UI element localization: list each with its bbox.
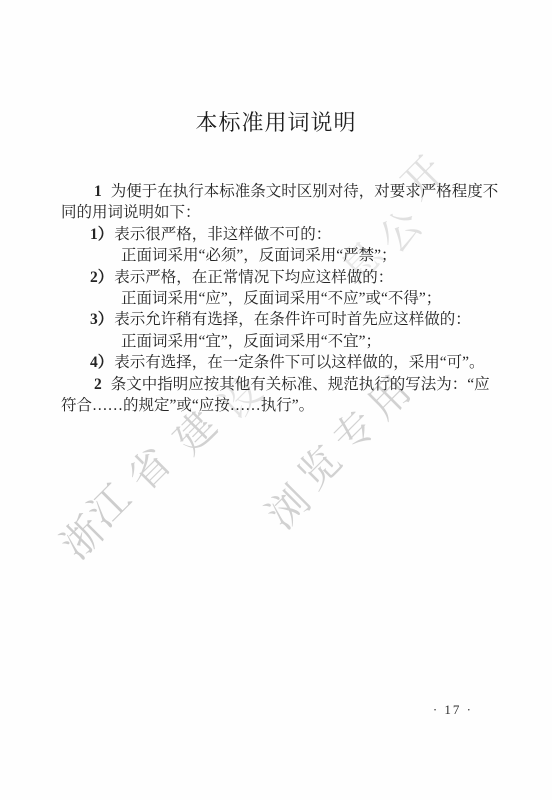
line-text: 表示有选择，在一定条件下可以这样做的，采用“可”。 [114, 354, 484, 371]
line-number: 2） [90, 269, 113, 286]
document-page: 浙江省建设浏览专用息公开 本标准用词说明 1为便于在执行本标准条文时区别对待，对… [0, 0, 552, 800]
text-line: 同的用词说明如下： [61, 202, 495, 223]
text-line: 正面词采用“宜”，反面词采用“不宜”； [61, 331, 495, 352]
line-number: 1） [90, 226, 113, 243]
text-line: 符合……的规定”或“应按……执行”。 [61, 395, 495, 416]
line-text: 表示很严格，非这样做不可的： [114, 226, 331, 243]
text-line: 1为便于在执行本标准条文时区别对待，对要求严格程度不 [61, 181, 495, 202]
text-line: 2条文中指明应按其他有关标准、规范执行的写法为：“应 [61, 374, 495, 395]
text-line: 正面词采用“应”，反面词采用“不应”或“不得”； [61, 288, 495, 309]
line-text: 正面词采用“应”，反面词采用“不应”或“不得”； [121, 290, 441, 307]
line-text: 符合……的规定”或“应按……执行”。 [61, 397, 314, 414]
line-text: 表示允许稍有选择，在条件许可时首先应这样做的： [114, 311, 471, 328]
text-line: 4）表示有选择，在一定条件下可以这样做的，采用“可”。 [61, 352, 495, 373]
text-line: 2）表示严格，在正常情况下均应这样做的： [61, 267, 495, 288]
line-number: 3） [90, 311, 113, 328]
line-text: 正面词采用“宜”，反面词采用“不宜”； [121, 333, 381, 350]
text-layer: 本标准用词说明 1为便于在执行本标准条文时区别对待，对要求严格程度不同的用词说明… [0, 0, 552, 800]
body-text: 1为便于在执行本标准条文时区别对待，对要求严格程度不同的用词说明如下：1）表示很… [61, 181, 495, 416]
text-line: 3）表示允许稍有选择，在条件许可时首先应这样做的： [61, 309, 495, 330]
line-number: 4） [90, 354, 113, 371]
line-text: 条文中指明应按其他有关标准、规范执行的写法为：“应 [111, 376, 490, 393]
text-line: 1）表示很严格，非这样做不可的： [61, 224, 495, 245]
page-title: 本标准用词说明 [0, 106, 552, 137]
line-text: 表示严格，在正常情况下均应这样做的： [114, 269, 393, 286]
line-text: 为便于在执行本标准条文时区别对待，对要求严格程度不 [111, 183, 499, 200]
line-text: 同的用词说明如下： [61, 204, 201, 221]
line-number: 1 [94, 183, 102, 200]
page-number: · 17 · [0, 702, 552, 718]
text-line: 正面词采用“必须”，反面词采用“严禁”； [61, 245, 495, 266]
line-text: 正面词采用“必须”，反面词采用“严禁”； [121, 247, 397, 264]
line-number: 2 [94, 376, 102, 393]
